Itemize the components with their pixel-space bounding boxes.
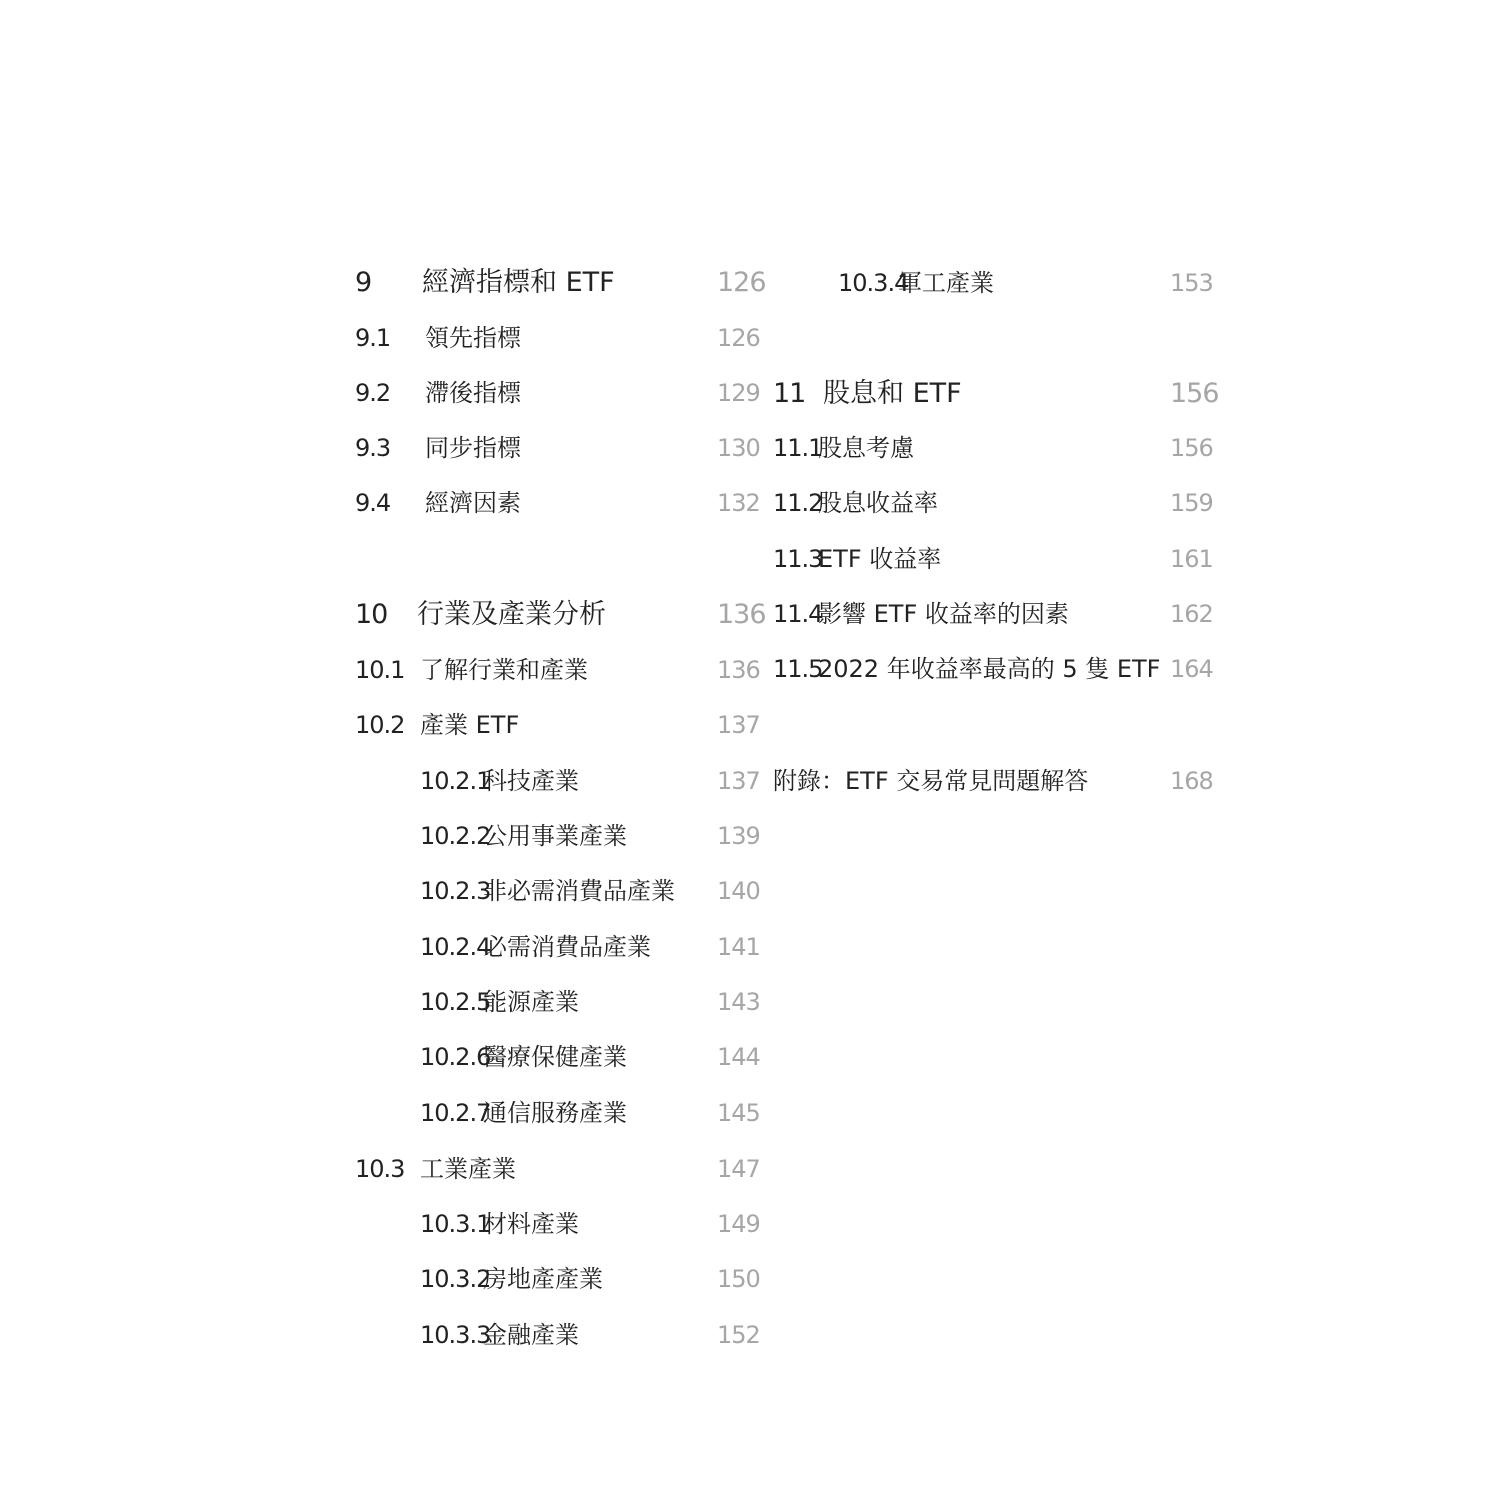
entry-number: 10.2.1 [420, 761, 490, 801]
entry-title: 能源產業 [483, 982, 579, 1022]
entry-page: 137 [717, 761, 760, 801]
entry-number: 11.1 [773, 428, 822, 468]
entry-number: 10.2.4 [420, 927, 490, 967]
entry-number: 11 [773, 374, 805, 414]
entry-number: 9.4 [355, 483, 390, 523]
entry-page: 139 [717, 816, 760, 856]
entry-page: 141 [717, 927, 760, 967]
entry-page: 147 [717, 1149, 760, 1189]
entry-page: 161 [1170, 539, 1213, 579]
entry-title: 醫療保健產業 [483, 1037, 627, 1077]
entry-page: 159 [1170, 483, 1213, 523]
entry-page: 130 [717, 428, 760, 468]
entry-title: 同步指標 [425, 428, 521, 468]
entry-title: 科技產業 [483, 761, 579, 801]
entry-title: 了解行業和產業 [420, 650, 588, 690]
entry-title: 經濟因素 [425, 483, 521, 523]
entry-page: 126 [717, 318, 760, 358]
entry-number: 10.2.5 [420, 982, 490, 1022]
entry-page: 162 [1170, 594, 1213, 634]
entry-page: 137 [717, 705, 760, 745]
entry-number: 10.3.3 [420, 1315, 490, 1355]
entry-title: 非必需消費品產業 [483, 871, 675, 911]
entry-page: 164 [1170, 649, 1213, 689]
entry-title: 通信服務產業 [483, 1093, 627, 1133]
entry-page: 129 [717, 373, 760, 413]
entry-page: 152 [717, 1315, 760, 1355]
entry-number: 11.5 [773, 649, 822, 689]
entry-number: 10 [355, 595, 387, 635]
entry-title: 必需消費品產業 [483, 927, 651, 967]
entry-page: 168 [1170, 761, 1213, 801]
entry-number: 10.2.3 [420, 871, 490, 911]
entry-page: 126 [717, 263, 766, 303]
entry-title: 產業 ETF [420, 705, 519, 745]
entry-number: 10.2.2 [420, 816, 490, 856]
entry-title: 領先指標 [425, 318, 521, 358]
entry-title: 影響 ETF 收益率的因素 [818, 594, 1069, 634]
entry-number: 11.4 [773, 594, 822, 634]
entry-title: 股息和 ETF [823, 374, 962, 414]
entry-page: 145 [717, 1093, 760, 1133]
entry-number: 9 [355, 263, 371, 303]
entry-number: 10.3 [355, 1149, 404, 1189]
entry-title: 2022 年收益率最高的 5 隻 ETF [818, 649, 1161, 689]
entry-page: 156 [1170, 428, 1213, 468]
entry-page: 136 [717, 650, 760, 690]
entry-title: 工業產業 [420, 1149, 516, 1189]
entry-page: 150 [717, 1259, 760, 1299]
entry-title: 公用事業產業 [483, 816, 627, 856]
entry-number: 10.3.1 [420, 1204, 490, 1244]
entry-number: 10.2.7 [420, 1093, 490, 1133]
entry-title: 經濟指標和 ETF [422, 263, 615, 303]
entry-title: 行業及產業分析 [417, 595, 606, 635]
entry-page: 140 [717, 871, 760, 911]
entry-title: 材料產業 [483, 1204, 579, 1244]
entry-number: 11.2 [773, 483, 822, 523]
entry-page: 136 [717, 595, 766, 635]
entry-number: 10.1 [355, 650, 404, 690]
entry-title: 附錄：ETF 交易常見問題解答 [773, 761, 1088, 801]
entry-number: 9.1 [355, 318, 390, 358]
entry-page: 143 [717, 982, 760, 1022]
entry-page: 132 [717, 483, 760, 523]
entry-page: 153 [1170, 263, 1213, 303]
entry-title: 滯後指標 [425, 373, 521, 413]
entry-page: 144 [717, 1037, 760, 1077]
entry-title: 金融產業 [483, 1315, 579, 1355]
entry-title: ETF 收益率 [818, 539, 941, 579]
entry-number: 10.2 [355, 705, 404, 745]
entry-number: 10.2.6 [420, 1037, 490, 1077]
entry-number: 10.3.2 [420, 1259, 490, 1299]
entry-number: 9.2 [355, 373, 390, 413]
entry-page: 156 [1170, 374, 1219, 414]
entry-title: 房地產產業 [483, 1259, 603, 1299]
entry-number: 11.3 [773, 539, 822, 579]
entry-page: 149 [717, 1204, 760, 1244]
entry-title: 股息收益率 [818, 483, 938, 523]
entry-number: 9.3 [355, 428, 390, 468]
entry-title: 股息考慮 [818, 428, 914, 468]
entry-title: 軍工產業 [898, 263, 994, 303]
